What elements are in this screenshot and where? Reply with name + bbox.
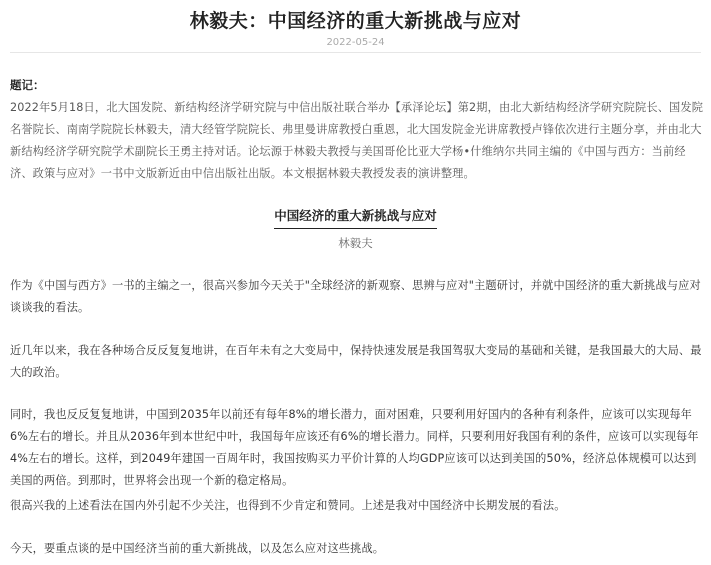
article-title: 林毅夫：中国经济的重大新挑战与应对 [0, 6, 711, 33]
article-page: 林毅夫：中国经济的重大新挑战与应对 2022-05-24 题记： 2022年5月… [0, 0, 711, 565]
body-paragraph: 很高兴我的上述看法在国内外引起不少关注，也得到不少肯定和赞同。上述是我对中国经济… [10, 495, 704, 517]
preface-text: 2022年5月18日，北大国发院、新结构经济学研究院与中信出版社联合举办【承泽论… [10, 97, 704, 185]
author-name: 林毅夫 [0, 235, 711, 251]
body-paragraph: 今天，要重点谈的是中国经济当前的重大新挑战，以及怎么应对这些挑战。 [10, 538, 704, 560]
section-title: 中国经济的重大新挑战与应对 [0, 205, 711, 229]
publish-date: 2022-05-24 [0, 37, 711, 48]
preface-label: 题记： [10, 77, 45, 93]
body-paragraph: 同时，我也反反复复地讲，中国到2035年以前还有每年8%的增长潜力，面对困难，只… [10, 404, 704, 492]
header-divider [10, 52, 701, 53]
body-paragraph: 作为《中国与西方》一书的主编之一，很高兴参加今天关于"全球经济的新观察、思辨与应… [10, 275, 704, 319]
body-paragraph: 近几年以来，我在各种场合反反复复地讲，在百年未有之大变局中，保持快速发展是我国驾… [10, 340, 704, 384]
section-title-text: 中国经济的重大新挑战与应对 [274, 206, 437, 229]
